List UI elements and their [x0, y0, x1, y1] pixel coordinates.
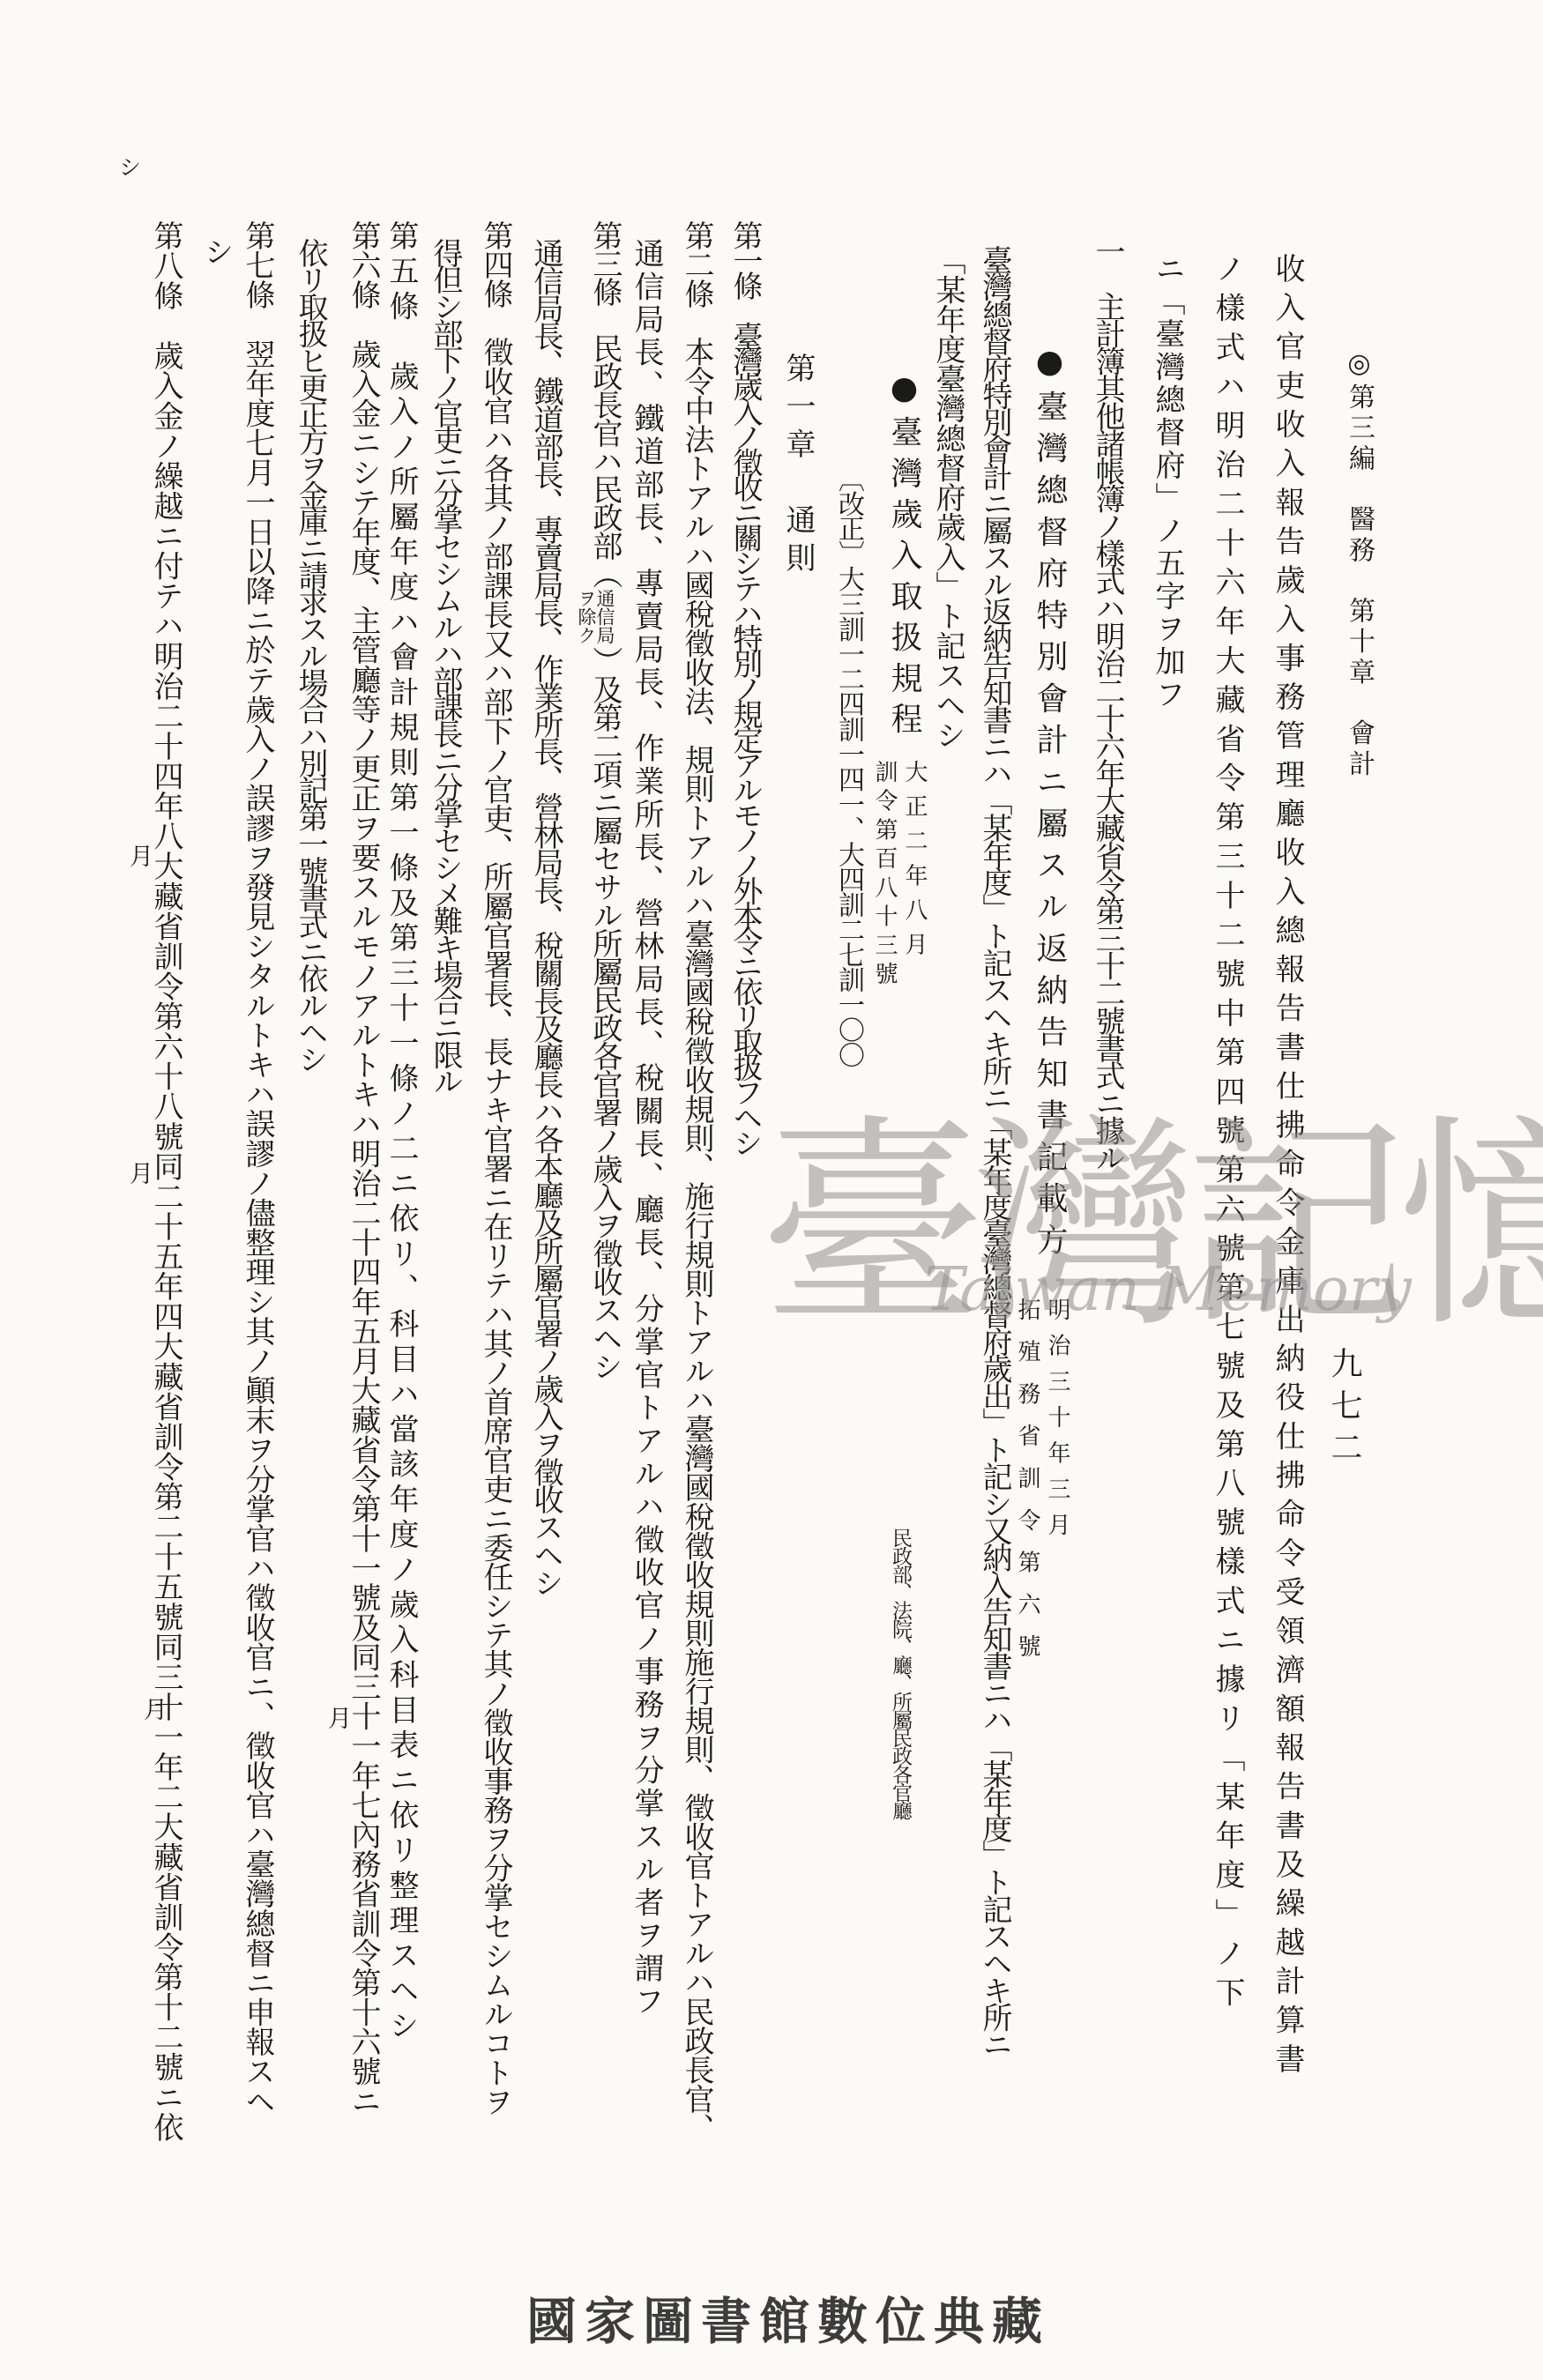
article-column: 第一條 臺灣歲入ノ徵收ニ關シテハ特別ノ規定アルモノノ外本令ニ依リ取扱フヘシ — [726, 220, 764, 1153]
article-column: 依リ取扱ヒ更正方ヲ金庫ニ請求スル場合ハ別記第一號書式ニ依ルヘシ — [291, 238, 330, 1071]
inline-note-line: ヲ除ク — [577, 589, 595, 644]
body-column: 「某年度臺灣總督府歲入」ト記スヘシ — [928, 245, 967, 749]
chapter-heading: 第一章 通則 — [779, 353, 817, 580]
inline-note: 通信局ヲ除ク — [577, 589, 614, 644]
regulation-date-note: 大正二年八月 訓令第百八十三號 — [869, 760, 929, 991]
article-text: 第三條 民政長官ハ民政部（ — [587, 220, 622, 587]
library-watermark: 國家圖書館數位典藏 — [526, 2281, 1050, 2354]
body-column: 一 主計簿其他諸帳簿ノ樣式ハ明治二十六年大藏省令第三十二號書式ニ據ル — [1088, 236, 1127, 1171]
inserted-month-char: 月 — [144, 1691, 168, 1725]
article-column: 第二條 本令中法トアルハ國稅徵收法、規則トアルハ臺灣國稅徵收規則、施行規則トアル… — [677, 220, 716, 2142]
page-number: 九七二 — [1324, 1347, 1363, 1472]
article-continuation: シ — [113, 155, 143, 178]
inserted-month-char: 月 — [130, 1155, 153, 1189]
article-column: 得但シ部下ノ官吏ニ分掌セシムルハ部課長ニ分掌セシメ難キ場合ニ限ル — [426, 238, 465, 1093]
note-line: 大正二年八月 — [899, 760, 929, 991]
running-header: ◎第三編 醫務 第十章 會計 — [1341, 348, 1376, 780]
inserted-month-char: 月 — [328, 1699, 352, 1734]
article-column: 通信局長、鐵道部長、專賣局長、作業所長、營林局長、稅關長及廳長ハ各本廳及所屬官署… — [526, 238, 565, 1595]
scanned-document-page: ◎第三編 醫務 第十章 會計 九七二 收入官吏收入報告歲入事務管理廳收入總報告書… — [0, 0, 1543, 2380]
article-text: ）及第二項ニ屬セサル所屬民政各官署ノ歲入ヲ徵收スヘシ — [587, 646, 622, 1380]
note-line: 訓令第百八十三號 — [869, 760, 899, 991]
body-column: ニ「臺灣總督府」ノ五字ヲ加フ — [1148, 253, 1187, 711]
article-column: 第四條 徵收官ハ各其ノ部課長又ハ部下ノ官吏、所屬官署長、長ナキ官署ニ在リテハ其ノ… — [476, 220, 515, 2116]
addressees-column: 民政部、法院、廳、所屬民政各官廳 — [887, 1528, 913, 1818]
article-column: 第三條 民政長官ハ民政部（通信局ヲ除ク）及第二項ニ屬セサル所屬民政各官署ノ歲入ヲ… — [577, 220, 624, 1380]
taiwan-memory-latin-watermark: Taiwan Memory — [924, 1255, 1412, 1325]
article-column: 第五條 歲入ノ所屬年度ハ會計規則第一條及第三十一條ノ二ニ依リ、科目ハ當該年度ノ歲… — [382, 220, 421, 2045]
article-column: 第七條 翌年度七月一日以降ニ於テ歲入ノ誤謬ヲ發見シタルトキハ誤謬ノ儘整理シ其ノ顚… — [238, 220, 277, 2116]
article-column: 通信局長、鐵道部長、專賣局長、作業所長、營林局長、稅關長、廳長、分掌官トアルハ徵… — [627, 238, 666, 2019]
inserted-month-char: 月 — [130, 837, 153, 872]
article-column: 第六條 歲入金ニシテ年度、主管廳等ノ更正ヲ要スルモノアルトキハ明治二十四年五月大… — [344, 220, 383, 2116]
amendment-note: 〔改正〕大三訓一二四訓一四一、大四訓二七訓一〇〇 — [829, 465, 868, 1067]
regulation-title: ●臺灣歲入取扱規程 — [884, 370, 923, 743]
article-continuation: シ — [197, 236, 235, 266]
inline-note-line: 通信局 — [595, 589, 614, 644]
